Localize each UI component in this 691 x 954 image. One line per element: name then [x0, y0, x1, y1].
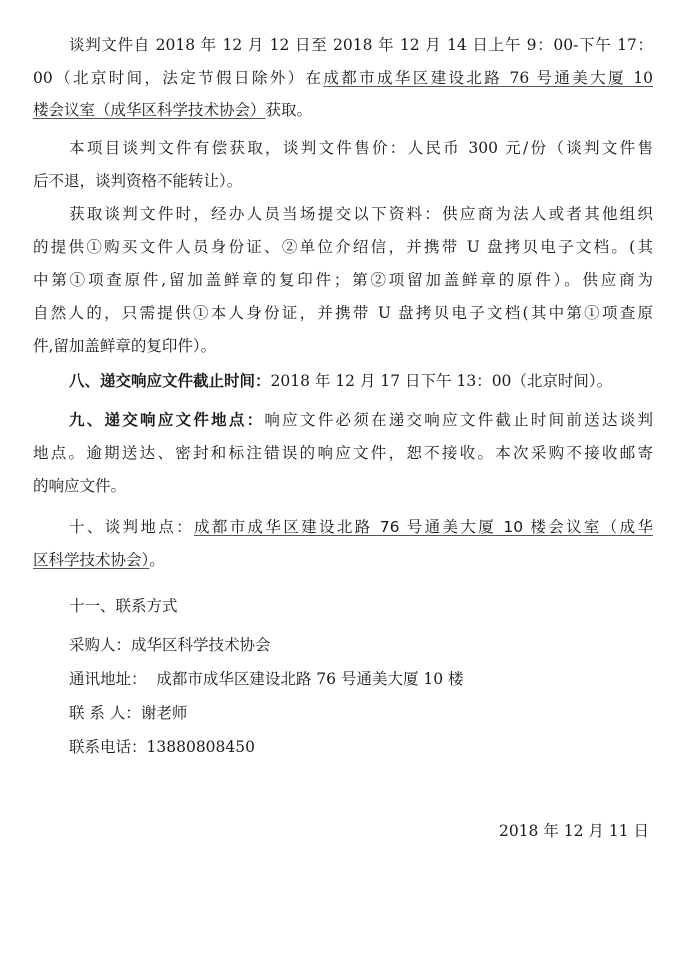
- phone-value[interactable]: 13880808450: [147, 738, 255, 756]
- materials-line-4: 自然人的，只需提供①本人身份证，并携带 U 盘拷贝电子文档(其中第①项查原: [33, 303, 653, 323]
- section-9-line-3: 的响应文件。: [33, 476, 126, 496]
- contact-label: 联 系 人：: [69, 704, 141, 722]
- phone-line: 联系电话：13880808450: [69, 737, 255, 757]
- section-10-line-1: 十、谈判地点：成都市成华区建设北路 76 号通美大厦 10 楼会议室（成华: [69, 517, 653, 537]
- materials-line-3: 中第①项查原件,留加盖鲜章的复印件；第②项留加盖鲜章的原件）。供应商为: [33, 270, 653, 290]
- contact-line: 联 系 人：谢老师: [69, 703, 187, 723]
- section-8-heading: 八、递交响应文件截止时间：: [69, 372, 271, 390]
- obtain-period-line-2: 00（北京时间，法定节假日除外）在成都市成华区建设北路 76 号通美大厦 10: [33, 68, 653, 88]
- materials-line-1: 获取谈判文件时，经办人员当场提交以下资料：供应商为法人或者其他组织: [69, 204, 653, 224]
- section-10-heading: 十、谈判地点：: [69, 518, 194, 536]
- negotiation-location-link[interactable]: 成都市成华区建设北路 76 号通美大厦 10 楼会议室（成华: [194, 518, 653, 536]
- obtain-suffix: 获取。: [266, 101, 313, 119]
- section-10-line-2: 区科学技术协会）。: [33, 550, 165, 570]
- document-date: 2018 年 12 月 11 日: [499, 821, 649, 841]
- materials-line-2: 的提供①购买文件人员身份证、②单位介绍信，并携带 U 盘拷贝电子文档。(其: [33, 237, 653, 257]
- section-9-line-2: 地点。逾期送达、密封和标注错误的响应文件，恕不接收。本次采购不接收邮寄: [33, 443, 653, 463]
- address-line: 通讯地址： 成都市成华区建设北路 76 号通美大厦 10 楼: [69, 669, 464, 689]
- address-label: 通讯地址：: [69, 670, 147, 688]
- obtain-time-text: 00（北京时间，法定节假日除外）在: [33, 69, 323, 87]
- obtain-period-line-1: 谈判文件自 2018 年 12 月 12 日至 2018 年 12 月 14 日…: [69, 35, 653, 55]
- obtain-location-link[interactable]: 成都市成华区建设北路 76 号通美大厦 10: [323, 69, 653, 87]
- section-9-text: 响应文件必须在递交响应文件截止时间前送达谈判: [264, 411, 653, 429]
- section-9-heading: 九、递交响应文件地点：: [69, 411, 264, 429]
- materials-line-5: 件,留加盖鲜章的复印件）。: [33, 336, 216, 356]
- phone-label: 联系电话：: [69, 738, 147, 756]
- section-8: 八、递交响应文件截止时间：2018 年 12 月 17 日下午 13：00（北京…: [69, 371, 612, 391]
- address-value: 成都市成华区建设北路 76 号通美大厦 10 楼: [156, 670, 463, 688]
- contact-value: 谢老师: [141, 704, 188, 722]
- negotiation-location-link-cont[interactable]: 区科学技术协会）: [33, 551, 149, 569]
- section-9-line-1: 九、递交响应文件地点：响应文件必须在递交响应文件截止时间前送达谈判: [69, 410, 653, 430]
- deadline-text: 2018 年 12 月 17 日下午 13：00（北京时间）。: [271, 372, 613, 390]
- section-10-suffix: 。: [149, 551, 165, 569]
- purchaser-line: 采购人：成华区科学技术协会: [69, 635, 271, 655]
- section-11-heading: 十一、联系方式: [69, 596, 178, 616]
- obtain-location-link-cont[interactable]: 楼会议室（成华区科学技术协会）: [33, 101, 266, 119]
- fee-line-2: 后不退，谈判资格不能转让）。: [33, 171, 242, 191]
- fee-line-1: 本项目谈判文件有偿获取，谈判文件售价：人民币 300 元/份（谈判文件售: [69, 138, 653, 158]
- obtain-period-line-3: 楼会议室（成华区科学技术协会）获取。: [33, 100, 312, 120]
